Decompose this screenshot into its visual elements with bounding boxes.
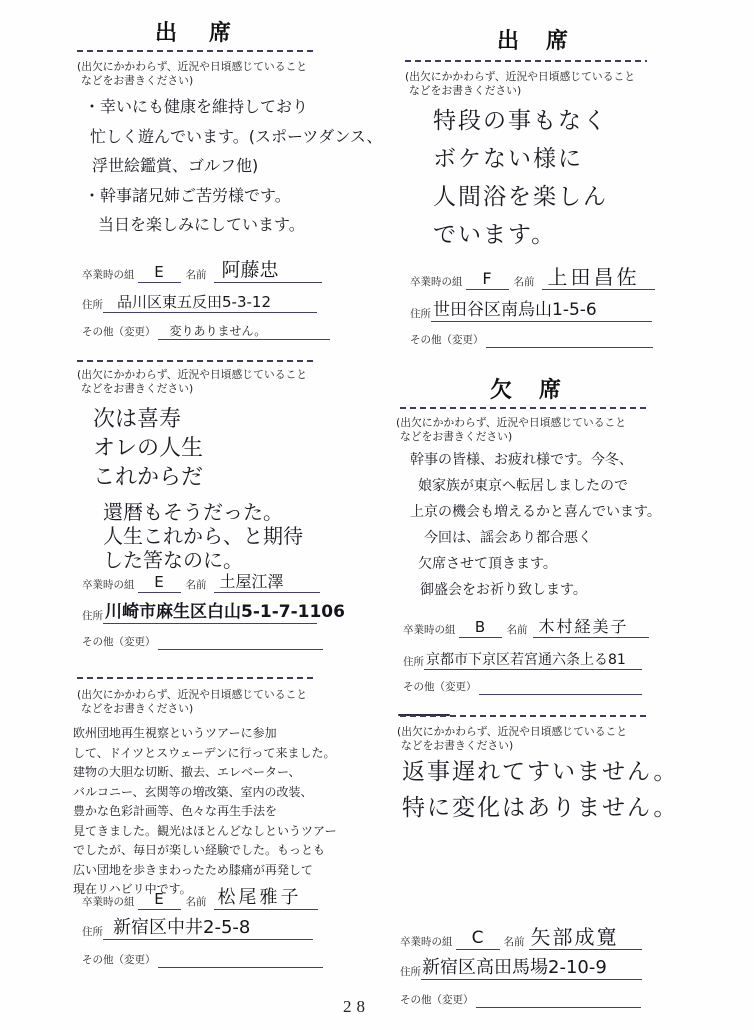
class-name-row: 卒業時の組 C 名前 矢部成寛 xyxy=(400,930,642,950)
message-line: 見てきました。観光はほとんどなしというツアー xyxy=(73,822,337,842)
name-value: 矢部成寛 xyxy=(529,927,642,950)
other-row: その他（変更） 変りありません。 xyxy=(82,320,330,340)
class-name-row: 卒業時の組 B 名前 木村経美子 xyxy=(403,618,649,638)
handwritten-message: 欧州団地再生視察というツアーに参加 して、ドイツとスウェーデンに行って来ました。… xyxy=(73,724,337,900)
address-row: 住所 新宿区中井2-5-8 xyxy=(82,920,313,940)
other-row: その他（変更） xyxy=(410,328,653,348)
message-line: 御盛会をお祈り致します。 xyxy=(410,577,661,603)
other-row: その他（変更） xyxy=(403,675,642,695)
other-value xyxy=(158,966,323,968)
other-row: その他（変更） xyxy=(82,948,323,968)
address-row: 住所 京都市下京区若宮通六条上る81 xyxy=(403,650,642,670)
prompt-line: (出欠にかかわらず、近況や日頃感じていること xyxy=(77,368,307,382)
message-line: 返事遅れてすいません。 xyxy=(402,754,678,790)
message-line: 建物の大胆な切断、撤去、エレベーター、 xyxy=(73,763,337,783)
message-line: 人間浴を楽しん xyxy=(433,178,608,216)
name-label: 名前 xyxy=(507,624,528,638)
class-value: E xyxy=(138,892,181,910)
address-value: 新宿区中井2-5-8 xyxy=(103,919,313,940)
prompt-line: (出欠にかかわらず、近況や日頃感じていること xyxy=(77,60,307,74)
name-value: 上田昌佐 xyxy=(542,267,655,290)
name-value: 阿藤忠 xyxy=(214,261,322,283)
prompt-line: などをお書きください) xyxy=(77,702,307,716)
name-label: 名前 xyxy=(514,276,535,290)
address-label: 住所 xyxy=(400,966,421,980)
class-label: 卒業時の組 xyxy=(403,624,456,638)
address-value: 京都市下京区若宮通六条上る81 xyxy=(424,653,642,670)
dashed-divider xyxy=(400,715,647,717)
prompt-line: (出欠にかかわらず、近況や日頃感じていること xyxy=(405,70,635,84)
message-line: でいます。 xyxy=(433,216,608,254)
class-name-row: 卒業時の組 F 名前 上田昌佐 xyxy=(410,270,655,290)
message-line: 人生これから、と期待 xyxy=(103,524,303,548)
name-value: 松尾雅子 xyxy=(214,889,318,910)
class-value: E xyxy=(138,265,181,283)
message-line: 上京の機会も増えるかと喜んでいます。 xyxy=(410,499,661,525)
class-value: B xyxy=(459,620,502,638)
attendance-heading: 出席 xyxy=(155,20,263,46)
absence-heading: 欠席 xyxy=(490,377,588,403)
address-value: 川崎市麻生区白山5-1-7-1106 xyxy=(103,604,317,624)
address-value: 世田谷区南烏山1-5-6 xyxy=(431,302,652,322)
prompt-line: (出欠にかかわらず、近況や日頃感じていること xyxy=(77,688,307,702)
prompt-line: などをお書きください) xyxy=(77,382,307,396)
message-line: 欠席させて頂きます。 xyxy=(410,551,661,577)
class-label: 卒業時の組 xyxy=(400,936,453,950)
other-value: 変りありません。 xyxy=(158,325,330,340)
handwritten-message: 特段の事もなく ボケない様に 人間浴を楽しん でいます。 xyxy=(433,102,608,254)
address-value: 品川区東五反田5-3-12 xyxy=(103,295,317,313)
message-line: 次は喜寿 xyxy=(93,405,203,434)
handwritten-message: 幹事の皆様、お疲れ様です。今冬、 娘家族が東京へ転居しましたので 上京の機会も増… xyxy=(410,447,661,603)
prompt-line: などをお書きください) xyxy=(405,84,635,98)
handwritten-message: 次は喜寿 オレの人生 これからだ xyxy=(93,405,203,492)
name-value: 木村経美子 xyxy=(533,619,649,638)
other-value xyxy=(479,693,642,695)
attendance-heading: 出席 xyxy=(497,28,595,54)
message-line: して、ドイツとスウェーデンに行って来ました。 xyxy=(73,744,337,764)
other-value xyxy=(476,1006,641,1008)
other-label: その他（変更） xyxy=(410,334,484,348)
address-label: 住所 xyxy=(82,299,103,313)
message-line: 今回は、謡会あり都合悪く xyxy=(410,525,661,551)
address-label: 住所 xyxy=(403,656,424,670)
class-name-row: 卒業時の組 E 名前 土屋江澤 xyxy=(82,573,320,593)
comment-prompt: (出欠にかかわらず、近況や日頃感じていること などをお書きください) xyxy=(77,60,307,87)
message-line: ボケない様に xyxy=(433,140,608,178)
message-line: した筈なのに。 xyxy=(103,548,303,572)
message-line: ・幹事諸兄姉ご苦労様です。 xyxy=(84,181,382,211)
other-row: その他（変更） xyxy=(82,630,323,650)
class-label: 卒業時の組 xyxy=(410,276,463,290)
class-label: 卒業時の組 xyxy=(82,896,135,910)
prompt-line: などをお書きください) xyxy=(396,430,626,444)
comment-prompt: (出欠にかかわらず、近況や日頃感じていること などをお書きください) xyxy=(405,70,635,97)
other-value xyxy=(158,648,323,650)
address-value: 新宿区高田馬場2-10-9 xyxy=(421,959,642,980)
other-label: その他（変更） xyxy=(82,636,156,650)
class-label: 卒業時の組 xyxy=(82,269,135,283)
address-row: 住所 世田谷区南烏山1-5-6 xyxy=(410,302,652,322)
scanned-page: 出席 (出欠にかかわらず、近況や日頃感じていること などをお書きください) ・幸… xyxy=(0,0,754,1030)
other-label: その他（変更） xyxy=(403,681,477,695)
class-name-row: 卒業時の組 E 名前 阿藤忠 xyxy=(82,263,322,283)
other-label: その他（変更） xyxy=(82,326,156,340)
dashed-divider xyxy=(77,50,313,52)
dashed-divider xyxy=(77,360,313,362)
prompt-line: (出欠にかかわらず、近況や日頃感じていること xyxy=(396,416,626,430)
address-row: 住所 新宿区高田馬場2-10-9 xyxy=(400,960,642,980)
name-label: 名前 xyxy=(504,936,525,950)
message-line: これからだ xyxy=(93,463,203,492)
message-line: 忙しく遊んでいます。(スポーツダンス、 xyxy=(84,122,382,152)
name-label: 名前 xyxy=(186,896,207,910)
handwritten-message: ・幸いにも健康を維持しており 忙しく遊んでいます。(スポーツダンス、 浮世絵鑑賞… xyxy=(84,92,382,240)
class-value: E xyxy=(138,575,181,593)
name-label: 名前 xyxy=(186,579,207,593)
address-label: 住所 xyxy=(82,926,103,940)
address-row: 住所 品川区東五反田5-3-12 xyxy=(82,293,317,313)
message-line: 幹事の皆様、お疲れ様です。今冬、 xyxy=(410,447,661,473)
class-label: 卒業時の組 xyxy=(82,579,135,593)
message-line: 欧州団地再生視察というツアーに参加 xyxy=(73,724,337,744)
dashed-divider xyxy=(77,677,313,679)
message-line: 浮世絵鑑賞、ゴルフ他) xyxy=(84,151,382,181)
other-label: その他（変更） xyxy=(400,994,474,1008)
message-line: 還暦もそうだった。 xyxy=(103,500,303,524)
name-value: 土屋江澤 xyxy=(214,574,320,593)
handwritten-message-continued: 還暦もそうだった。 人生これから、と期待 した筈なのに。 xyxy=(103,500,303,572)
prompt-line: などをお書きください) xyxy=(77,74,307,88)
address-label: 住所 xyxy=(410,308,431,322)
dashed-divider xyxy=(400,407,647,409)
address-row: 住所 川崎市麻生区白山5-1-7-1106 xyxy=(82,604,317,624)
message-line: 当日を楽しみにしています。 xyxy=(84,210,382,240)
page-number: 28 xyxy=(343,997,370,1017)
message-line: オレの人生 xyxy=(93,434,203,463)
message-line: バルコニー、玄関等の増改築、室内の改装、 xyxy=(73,783,337,803)
message-line: 豊かな色彩計画等、色々な再生手法を xyxy=(73,802,337,822)
class-value: F xyxy=(466,271,509,290)
comment-prompt: (出欠にかかわらず、近況や日頃感じていること などをお書きください) xyxy=(397,725,627,752)
message-line: でしたが、毎日が楽しい経験でした。もっとも xyxy=(73,841,337,861)
other-value xyxy=(486,346,653,348)
class-name-row: 卒業時の組 E 名前 松尾雅子 xyxy=(82,890,318,910)
name-label: 名前 xyxy=(186,269,207,283)
message-line: 広い団地を歩きまわったため膝痛が再発して xyxy=(73,861,337,881)
prompt-line: などをお書きください) xyxy=(397,739,627,753)
comment-prompt: (出欠にかかわらず、近況や日頃感じていること などをお書きください) xyxy=(396,416,626,443)
message-line: 特段の事もなく xyxy=(433,102,608,140)
other-row: その他（変更） xyxy=(400,988,641,1008)
message-line: 特に変化はありません。 xyxy=(402,790,678,826)
prompt-line: (出欠にかかわらず、近況や日頃感じていること xyxy=(397,725,627,739)
comment-prompt: (出欠にかかわらず、近況や日頃感じていること などをお書きください) xyxy=(77,368,307,395)
other-label: その他（変更） xyxy=(82,954,156,968)
handwritten-message: 返事遅れてすいません。 特に変化はありません。 xyxy=(402,754,678,826)
dashed-divider xyxy=(405,60,647,62)
message-line: 娘家族が東京へ転居しましたので xyxy=(410,473,661,499)
message-line: ・幸いにも健康を維持しており xyxy=(84,92,382,122)
class-value: C xyxy=(456,930,500,950)
comment-prompt: (出欠にかかわらず、近況や日頃感じていること などをお書きください) xyxy=(77,688,307,715)
address-label: 住所 xyxy=(82,610,103,624)
